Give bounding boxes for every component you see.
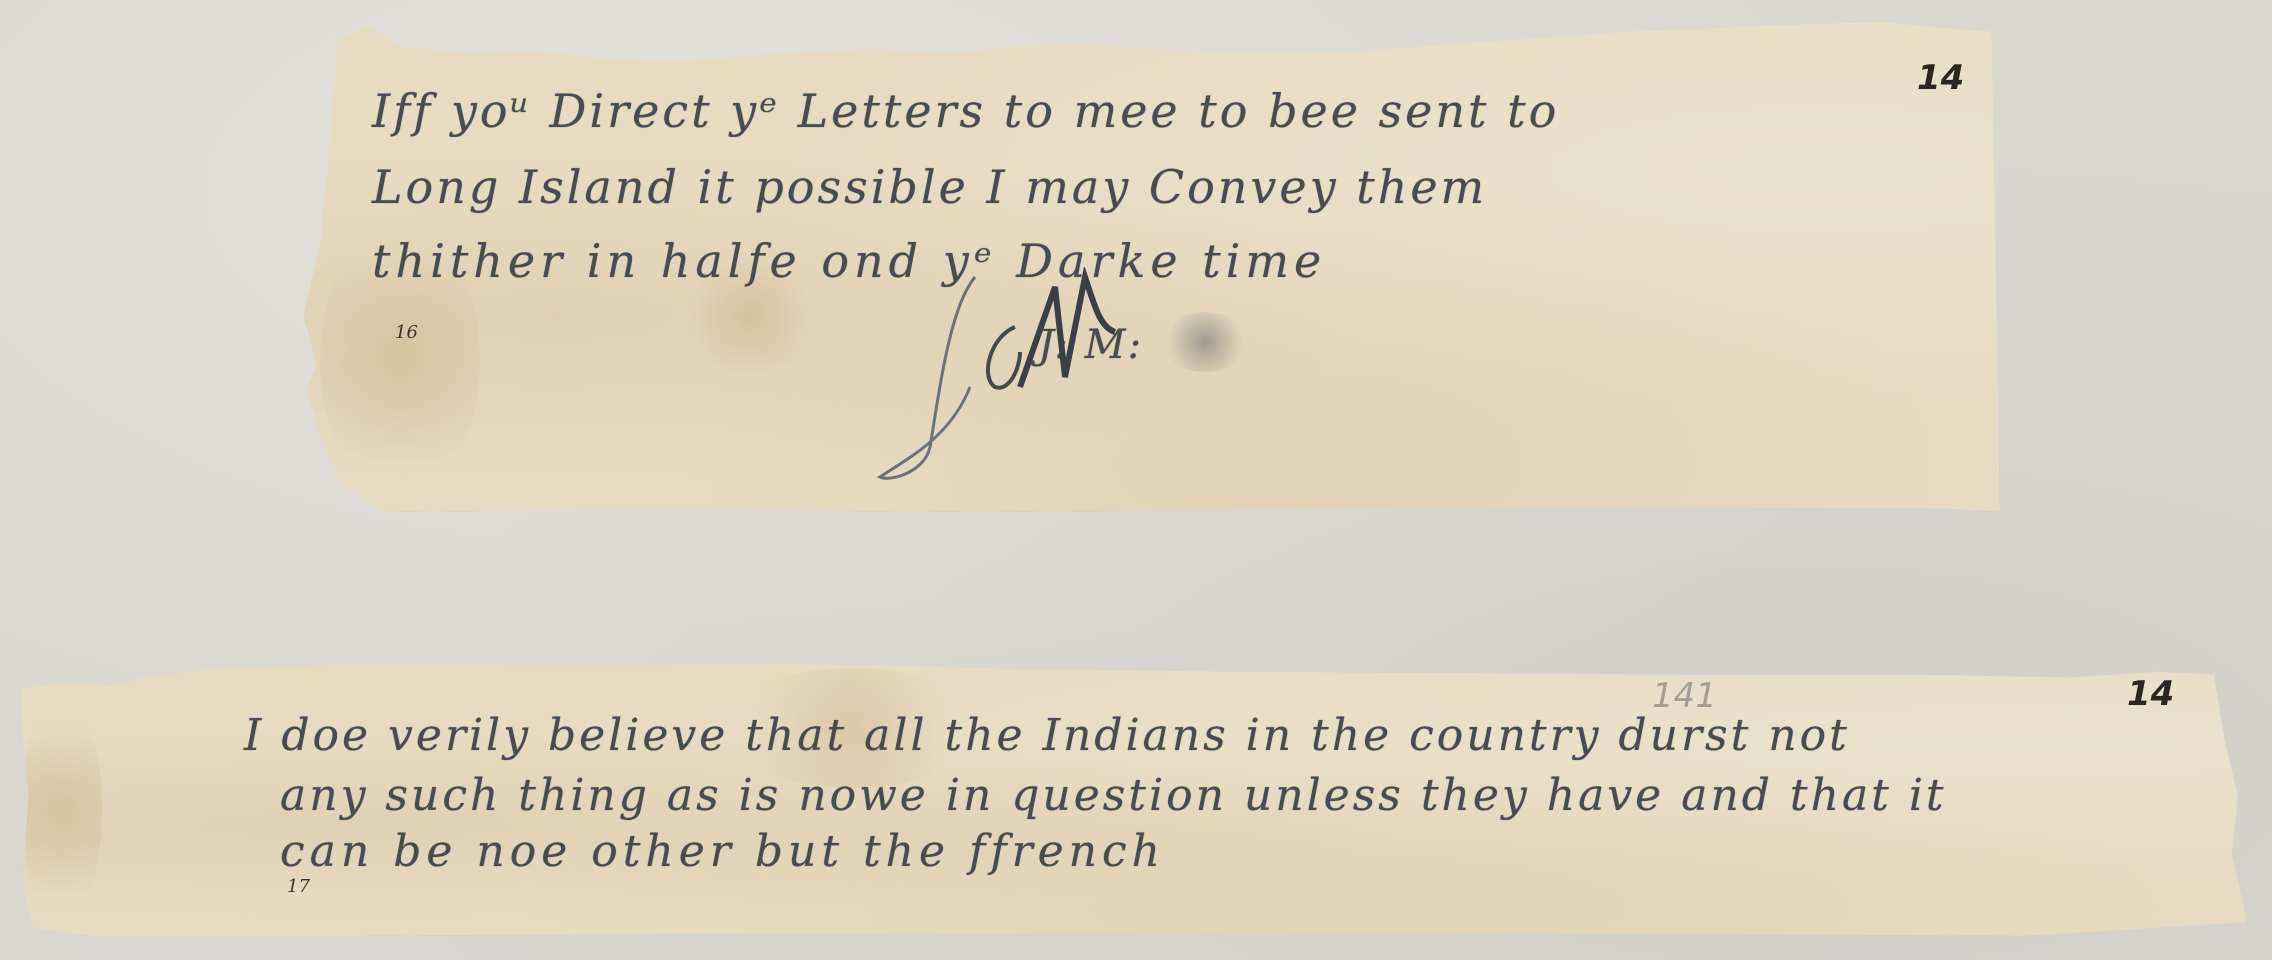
reference-number: 16 (395, 322, 418, 343)
folio-number: 14 (2127, 674, 2174, 714)
manuscript-line-1: I doe verily believe that all the Indian… (244, 710, 1850, 761)
signature-flourish (870, 267, 1200, 497)
manuscript-slip-top: 14 Iff yoᵘ Direct yᵉ Letters to mee to b… (300, 22, 2000, 512)
signature-text: J: M: (1038, 322, 1143, 368)
paper-stain (22, 688, 102, 928)
manuscript-slip-bottom: 141 14 I doe verily believe that all the… (22, 658, 2247, 936)
manuscript-line-3: can be noe other but the ffrench (280, 826, 1165, 877)
manuscript-line-2: Long Island it possible I may Convey the… (372, 160, 1487, 214)
reference-number: 17 (287, 876, 310, 897)
manuscript-line-1: Iff yoᵘ Direct yᵉ Letters to mee to bee … (372, 84, 1559, 138)
ink-smudge (1160, 312, 1250, 372)
manuscript-line-2: any such thing as is nowe in question un… (280, 770, 1947, 821)
folio-number: 14 (1917, 58, 1964, 98)
